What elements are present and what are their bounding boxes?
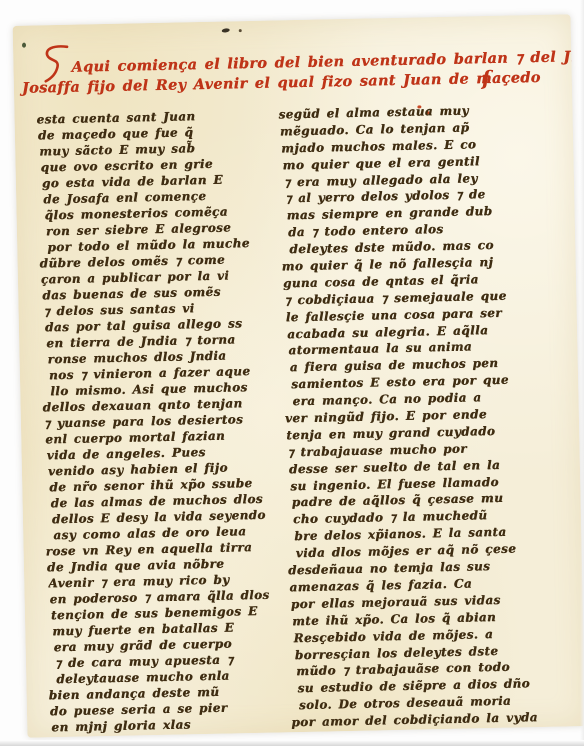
parchment-page: Aqui comiença el libro del bien aventura… (13, 14, 584, 738)
scan-edge-shadow (0, 740, 584, 746)
ink-speck (221, 28, 230, 33)
text-column-left: esta cuenta sant Juande maçedo que fue q… (40, 106, 293, 735)
ink-speck (22, 43, 26, 48)
rubric: Aqui comiença el libro del bien aventura… (13, 14, 571, 26)
ink-speck (239, 29, 242, 32)
scan-edge-shadow (580, 0, 584, 746)
text-column-right: segũd el alma estaua muymẽguado. Ca lo t… (282, 101, 549, 731)
rubric-end-flourish-icon: ſ (482, 66, 491, 90)
manuscript-scan: Aqui comiença el libro del bien aventura… (0, 0, 584, 746)
